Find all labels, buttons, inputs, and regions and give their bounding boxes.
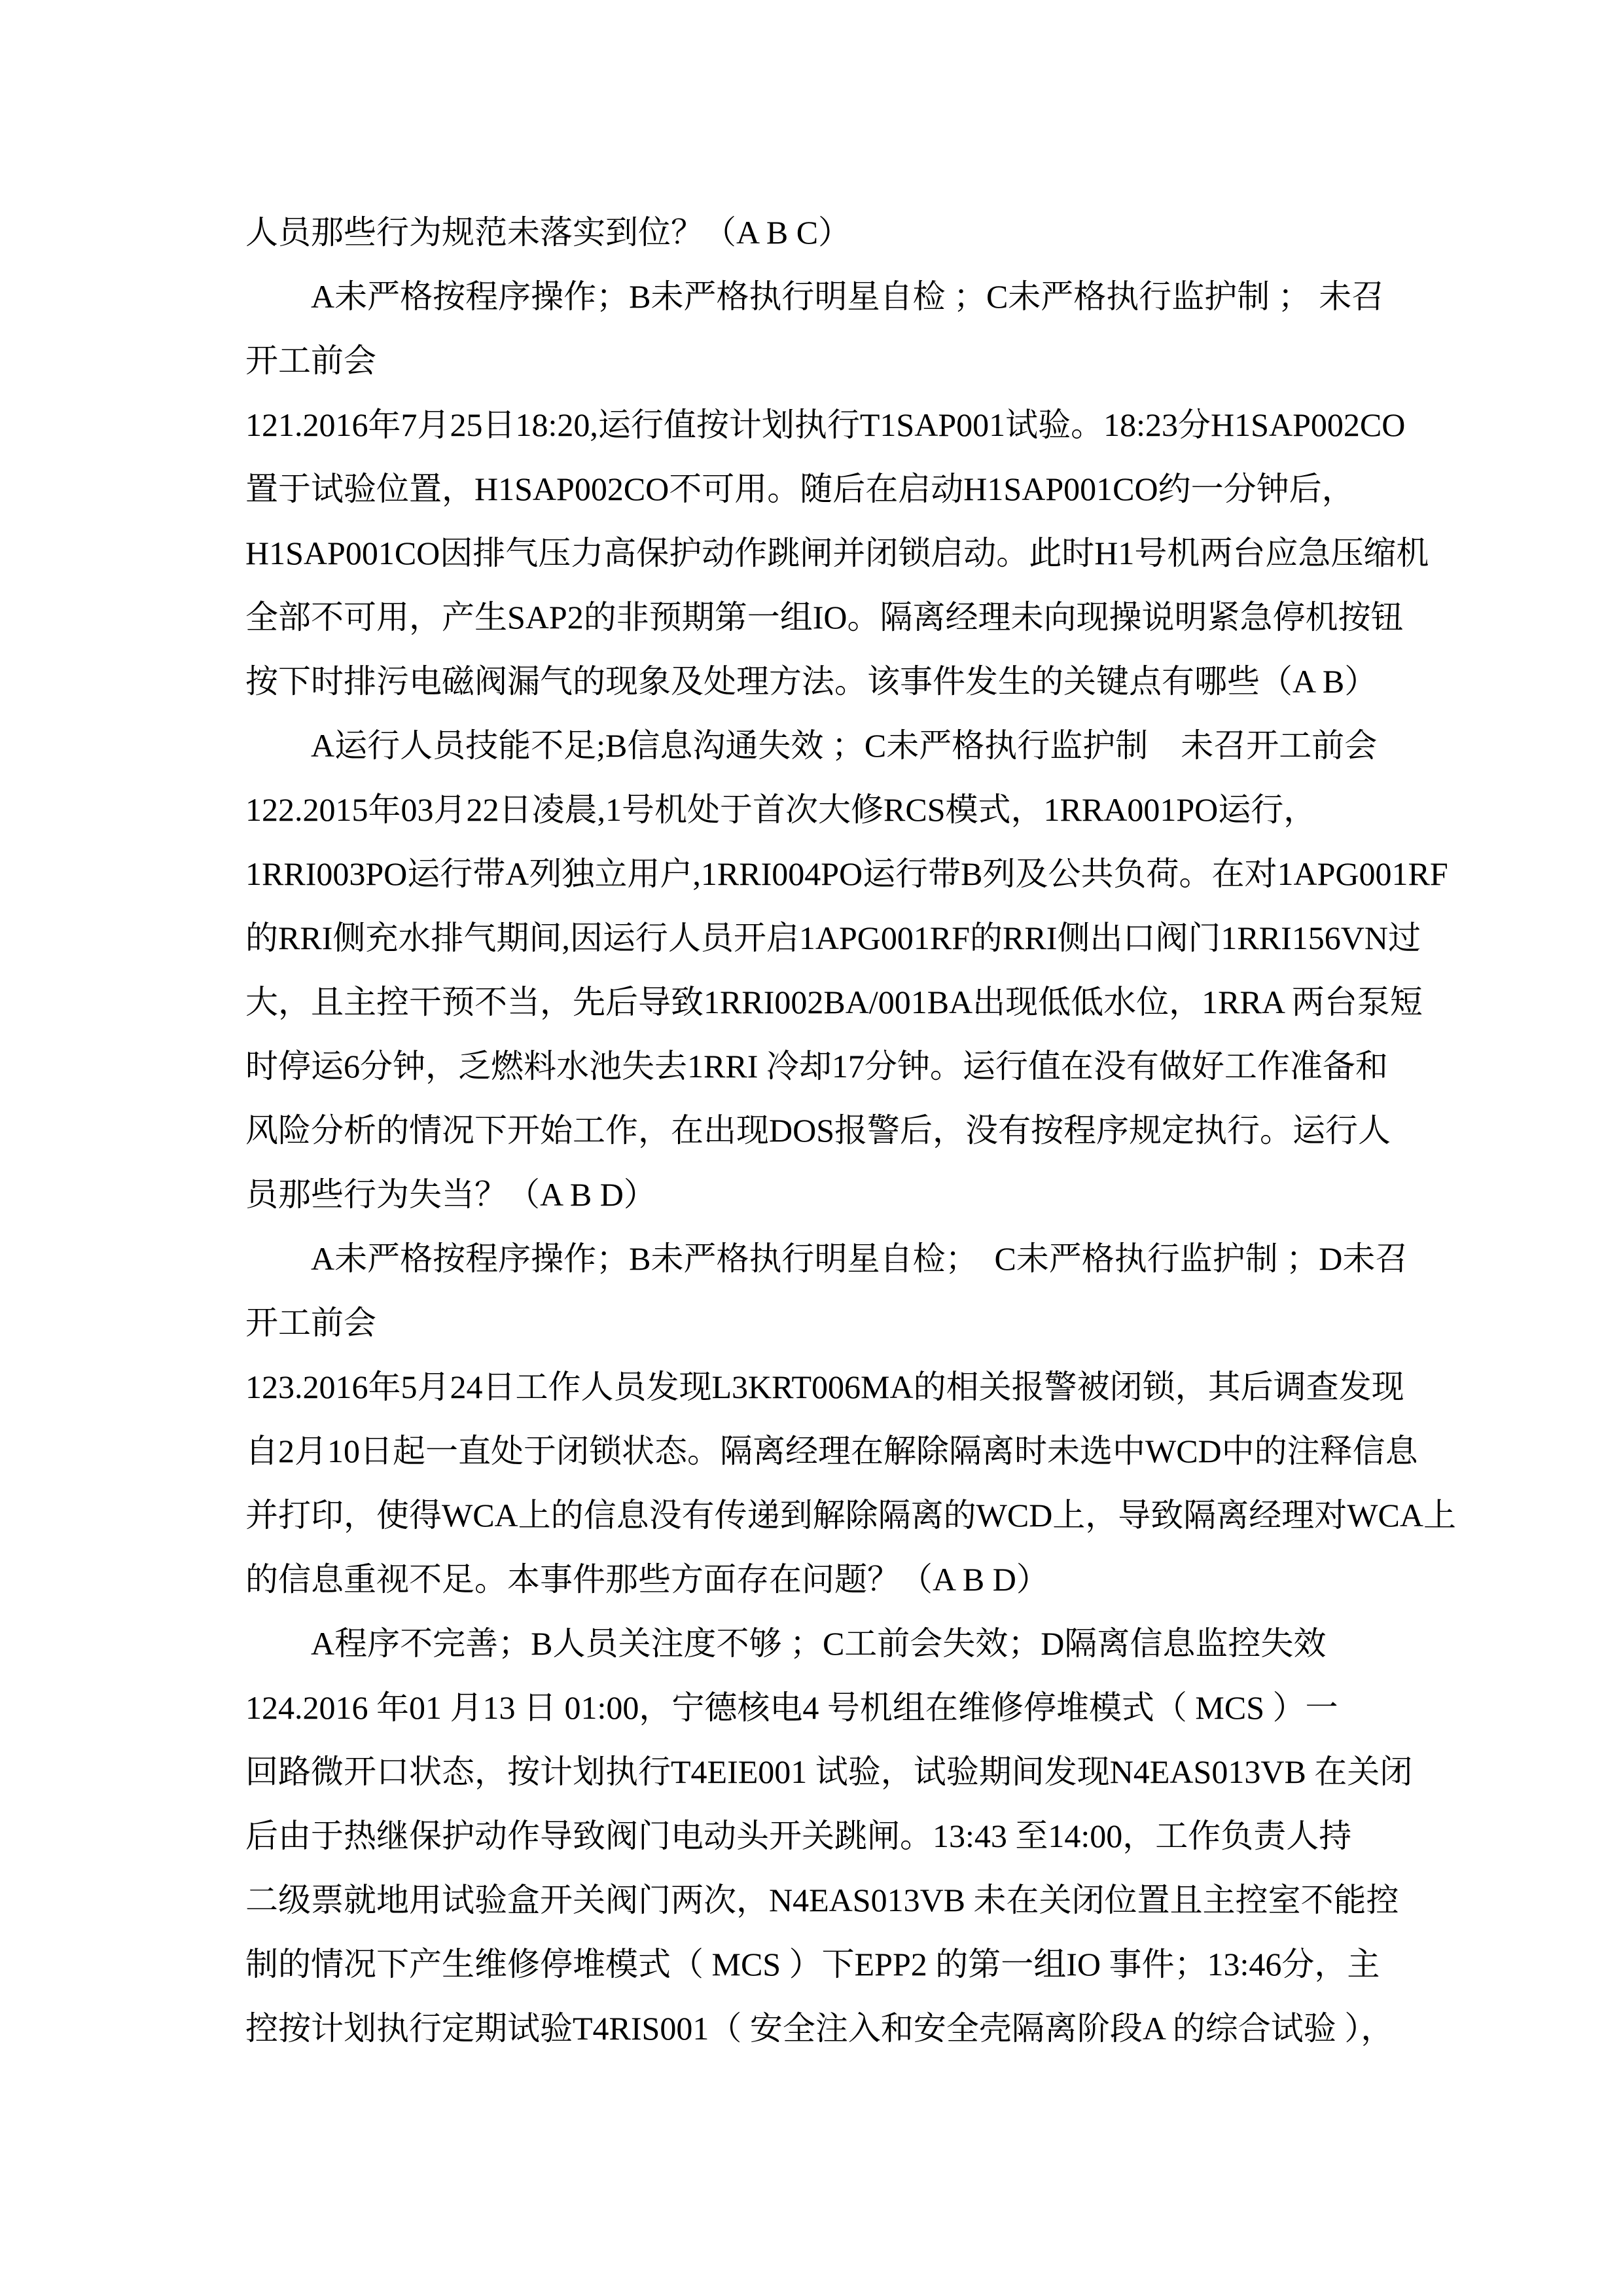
- document-page: 人员那些行为规范未落实到位？（A B C） A未严格按程序操作；B未严格执行明星…: [0, 0, 1623, 2296]
- text-line: 时停运6分钟，乏燃料水池失去1RRI 冷却17分钟。运行值在没有做好工作准备和: [245, 1034, 1397, 1098]
- text-line: 后由于热继保护动作导致阀门电动头开关跳闸。13:43 至14:00，工作负责人持: [245, 1804, 1397, 1868]
- text-line: A未严格按程序操作；B未严格执行明星自检 ；C未严格执行监护制 ； 未召: [245, 264, 1397, 329]
- text-line: 并打印，使得WCA上的信息没有传递到解除隔离的WCD上，导致隔离经理对WCA上: [245, 1483, 1397, 1547]
- text-line: 制的情况下产生维修停堆模式（ MCS ）下EPP2 的第一组IO 事件；13:4…: [245, 1932, 1397, 1996]
- text-line: 风险分析的情况下开始工作，在出现DOS报警后，没有按程序规定执行。运行人: [245, 1098, 1397, 1162]
- text-line: 124.2016 年01 月13 日 01:00，宁德核电4 号机组在维修停堆模…: [245, 1676, 1397, 1740]
- text-line: 按下时排污电磁阀漏气的现象及处理方法。该事件发生的关键点有哪些（A B）: [245, 649, 1397, 713]
- text-line: 全部不可用，产生SAP2的非预期第一组IO。隔离经理未向现操说明紧急停机按钮: [245, 585, 1397, 649]
- text-line: 大，且主控干预不当，先后导致1RRI002BA/001BA出现低低水位，1RRA…: [245, 970, 1397, 1034]
- text-line: 的RRI侧充水排气期间,因运行人员开启1APG001RF的RRI侧出口阀门1RR…: [245, 906, 1397, 970]
- text-line: A程序不完善；B人员关注度不够 ；C工前会失效；D隔离信息监控失效: [245, 1611, 1397, 1676]
- text-line: 开工前会: [245, 329, 1397, 393]
- text-block: 人员那些行为规范未落实到位？（A B C） A未严格按程序操作；B未严格执行明星…: [245, 200, 1397, 2060]
- text-line: 的信息重视不足。本事件那些方面存在问题？（A B D）: [245, 1547, 1397, 1611]
- text-line: H1SAP001CO因排气压力高保护动作跳闸并闭锁启动。此时H1号机两台应急压缩…: [245, 521, 1397, 585]
- text-line: 置于试验位置，H1SAP002CO不可用。随后在启动H1SAP001CO约一分钟…: [245, 457, 1397, 521]
- text-line: A未严格按程序操作；B未严格执行明星自检； C未严格执行监护制 ；D未召: [245, 1227, 1397, 1291]
- text-line: 二级票就地用试验盒开关阀门两次，N4EAS013VB 未在关闭位置且主控室不能控: [245, 1868, 1397, 1932]
- text-line: 121.2016年7月25日18:20,运行值按计划执行T1SAP001试验。1…: [245, 393, 1397, 457]
- text-line: 1RRI003PO运行带A列独立用户,1RRI004PO运行带B列及公共负荷。在…: [245, 842, 1397, 906]
- text-line: 123.2016年5月24日工作人员发现L3KRT006MA的相关报警被闭锁，其…: [245, 1355, 1397, 1419]
- text-line: 回路微开口状态，按计划执行T4EIE001 试验，试验期间发现N4EAS013V…: [245, 1740, 1397, 1804]
- text-line: 员那些行为失当？（A B D）: [245, 1162, 1397, 1227]
- text-line: 人员那些行为规范未落实到位？（A B C）: [245, 200, 1397, 264]
- text-line: A运行人员技能不足;B信息沟通失效 ；C未严格执行监护制 未召开工前会: [245, 713, 1397, 778]
- text-line: 122.2015年03月22日凌晨,1号机处于首次大修RCS模式，1RRA001…: [245, 778, 1397, 842]
- text-line: 自2月10日起一直处于闭锁状态。隔离经理在解除隔离时未选中WCD中的注释信息: [245, 1419, 1397, 1483]
- text-line: 开工前会: [245, 1291, 1397, 1355]
- text-line: 控按计划执行定期试验T4RIS001（ 安全注入和安全壳隔离阶段A 的综合试验 …: [245, 1996, 1397, 2060]
